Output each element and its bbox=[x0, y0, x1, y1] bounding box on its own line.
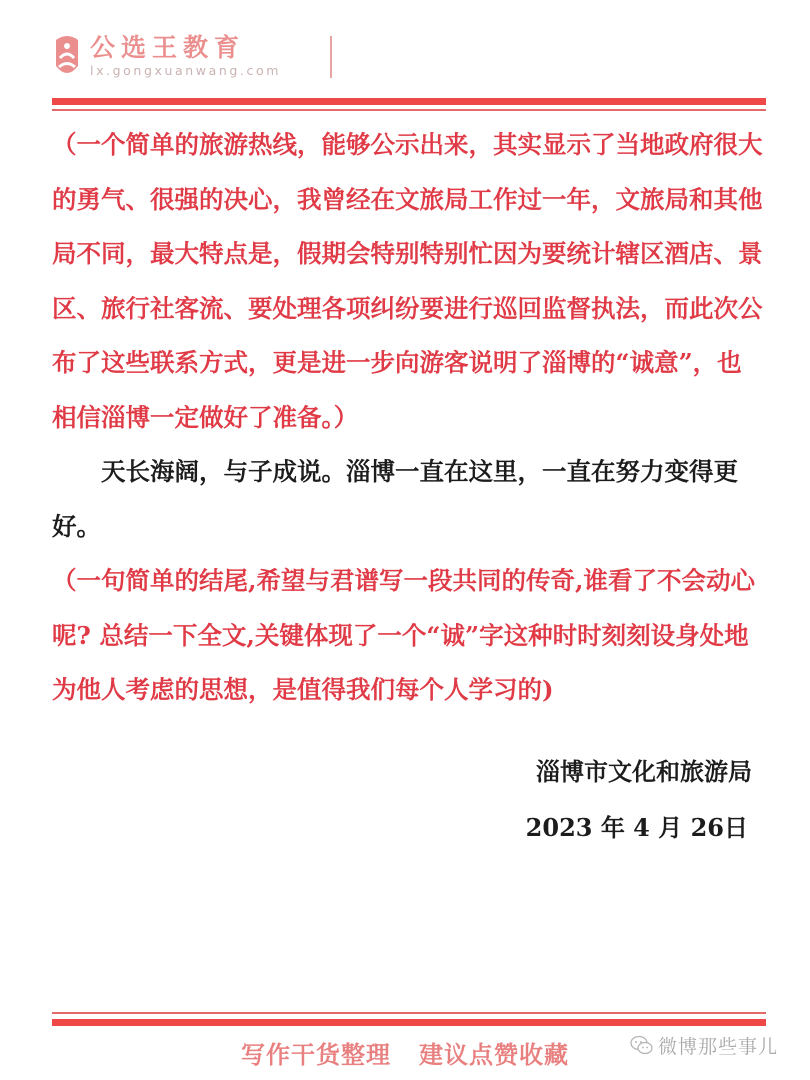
signature: 淄博市文化和旅游局 bbox=[536, 752, 752, 787]
commentary-paragraph: （一句简单的结尾,希望与君谱写一段共同的传奇,谁看了不会动心呢? 总结一下全文,… bbox=[52, 554, 766, 718]
top-rule-thin bbox=[52, 109, 766, 111]
commentary-paragraph: （一个简单的旅游热线，能够公示出来，其实显示了当地政府很大的勇气、很强的决心，我… bbox=[52, 118, 766, 445]
watermark: 微博那些事儿 bbox=[630, 1032, 778, 1059]
body-paragraph: 天长海阔，与子成说。淄博一直在这里，一直在努力变得更好。 bbox=[52, 445, 766, 554]
bottom-rule-thick bbox=[52, 1019, 766, 1026]
footer-label-right: 建议点赞收藏 bbox=[419, 1040, 569, 1069]
brand-name: 公选王教育 bbox=[90, 33, 281, 63]
footer-label-left: 写作干货整理 bbox=[241, 1040, 391, 1069]
top-rule-thick bbox=[52, 98, 766, 105]
header-divider bbox=[330, 36, 332, 78]
article-body: （一个简单的旅游热线，能够公示出来，其实显示了当地政府很大的勇气、很强的决心，我… bbox=[52, 118, 766, 718]
wechat-icon bbox=[630, 1035, 654, 1057]
bottom-rule-thin bbox=[52, 1012, 766, 1014]
brand-block: 公选王教育 lx.gongxuanwang.com bbox=[90, 33, 281, 79]
watermark-text: 微博那些事儿 bbox=[658, 1032, 778, 1059]
brand-header: 公选王教育 lx.gongxuanwang.com bbox=[52, 30, 281, 82]
gongxuanwang-logo-icon bbox=[52, 34, 82, 78]
brand-url: lx.gongxuanwang.com bbox=[90, 63, 281, 79]
date: 2023 年 4 月 26日 bbox=[526, 808, 748, 843]
